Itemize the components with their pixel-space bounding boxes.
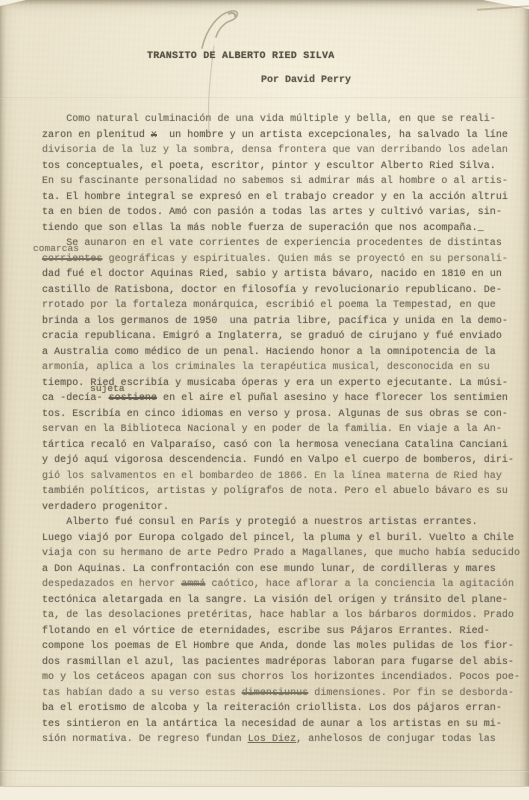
typescript-line: también políticos, artistas y polígrafos… bbox=[42, 484, 517, 500]
typescript-line: gió los salvamentos en el bombardeo de 1… bbox=[42, 469, 517, 485]
typescript-line: castillo de Ratisbona, doctor en filosof… bbox=[42, 283, 517, 299]
typescript-line: sión normativa. De regreso fundan Los Di… bbox=[42, 732, 517, 748]
typescript-line: cracia republicana. Emigró a Inglaterra,… bbox=[42, 329, 517, 345]
typescript-line: tos conceptuales, el poeta, escritor, pi… bbox=[42, 159, 517, 175]
scan-corner-top-left bbox=[0, 0, 26, 6]
typescript-line: Se aunaron en el vate corrientes de expe… bbox=[42, 236, 517, 252]
typescript-line: tártica recaló en Valparaíso, casó con l… bbox=[42, 438, 517, 454]
typescript-line: a Australia como médico de un penal. Hac… bbox=[42, 345, 517, 361]
interline-correction: comarcas bbox=[33, 244, 79, 254]
typescript-line: verdadero progenitor. bbox=[42, 500, 517, 516]
typescript-body: Como natural culminación de una vida múl… bbox=[42, 112, 517, 748]
typescript-line: divisoria de la luz y la sombra, densa f… bbox=[42, 143, 517, 159]
typescript-line: rrotado por la fortaleza monárquica, esc… bbox=[42, 298, 517, 314]
typescript-line: dos rasmillan el azul, las pacientes mad… bbox=[42, 655, 517, 671]
typescript-line: despedazados en hervor ammá caótico, hac… bbox=[42, 577, 517, 593]
typescript-line: zaron en plenitud x un hombre y un artis… bbox=[42, 128, 517, 144]
typescript-line: ta en bien de todos. Amó con pasión a to… bbox=[42, 205, 517, 221]
interline-correction: sujeta bbox=[90, 384, 125, 394]
typescript-line: Alberto fué consul en París y protegió a… bbox=[42, 515, 517, 531]
typescript-line: servan en la Biblioteca Nacional y en po… bbox=[42, 422, 517, 438]
typescript-line: tectónica aletargada en la sangre. La vi… bbox=[42, 593, 517, 609]
typescript-line: tiendo que son ellas la más noble fuerza… bbox=[42, 221, 517, 237]
page-title: TRANSITO DE ALBERTO RIED SILVA bbox=[147, 51, 335, 62]
typescript-line: ca -decía- sostiene en el aire el puñal … bbox=[42, 391, 517, 407]
typescript-line: Como natural culminación de una vida múl… bbox=[42, 112, 517, 128]
typescript-line: corrientes geográficas y espirituales. Q… bbox=[42, 252, 517, 268]
typescript-line: dad fué el doctor Aquinas Ried, sabio y … bbox=[42, 267, 517, 283]
typescript-line: En su fascinante personalidad no sabemos… bbox=[42, 174, 517, 190]
typescript-line: flotando en el vórtice de eternidades, e… bbox=[42, 624, 517, 640]
typescript-line: tes sintieron en la antártica la necesid… bbox=[42, 717, 517, 733]
typescript-line: mo y los cetáceos apagan con sus chorros… bbox=[42, 670, 517, 686]
typescript-line: tas habían dado a su verso estas dimensi… bbox=[42, 686, 517, 702]
typescript-line: tos. Escribía en cinco idiomas en verso … bbox=[42, 407, 517, 423]
typescript-line: y dejó aquí vigorosa descendencia. Fundó… bbox=[42, 453, 517, 469]
scanned-typescript-page: TRANSITO DE ALBERTO RIED SILVA Por David… bbox=[0, 0, 529, 800]
typescript-line: a Don Aquinas. La confrontación con ese … bbox=[42, 562, 517, 578]
typescript-line: ta, de las desolaciones pretéritas, hace… bbox=[42, 608, 517, 624]
byline: Por David Perry bbox=[261, 75, 351, 86]
typescript-line: ta. El hombre integral se expresó en el … bbox=[42, 190, 517, 206]
typescript-line: compone los poemas de El Hombre que Anda… bbox=[42, 639, 517, 655]
typescript-line: Luego viajó por Europa colgado del pince… bbox=[42, 531, 517, 547]
typescript-line: ba el erotismo de alcoba y la reiteració… bbox=[42, 701, 517, 717]
typescript-line: armonía, aplica a los criminales la tera… bbox=[42, 360, 517, 376]
typescript-line: viaja con su hermano de arte Pedro Prado… bbox=[42, 546, 517, 562]
paper-bottom-edge bbox=[0, 786, 529, 800]
typescript-line: brinda a los germanos de 1950 una patria… bbox=[42, 314, 517, 330]
